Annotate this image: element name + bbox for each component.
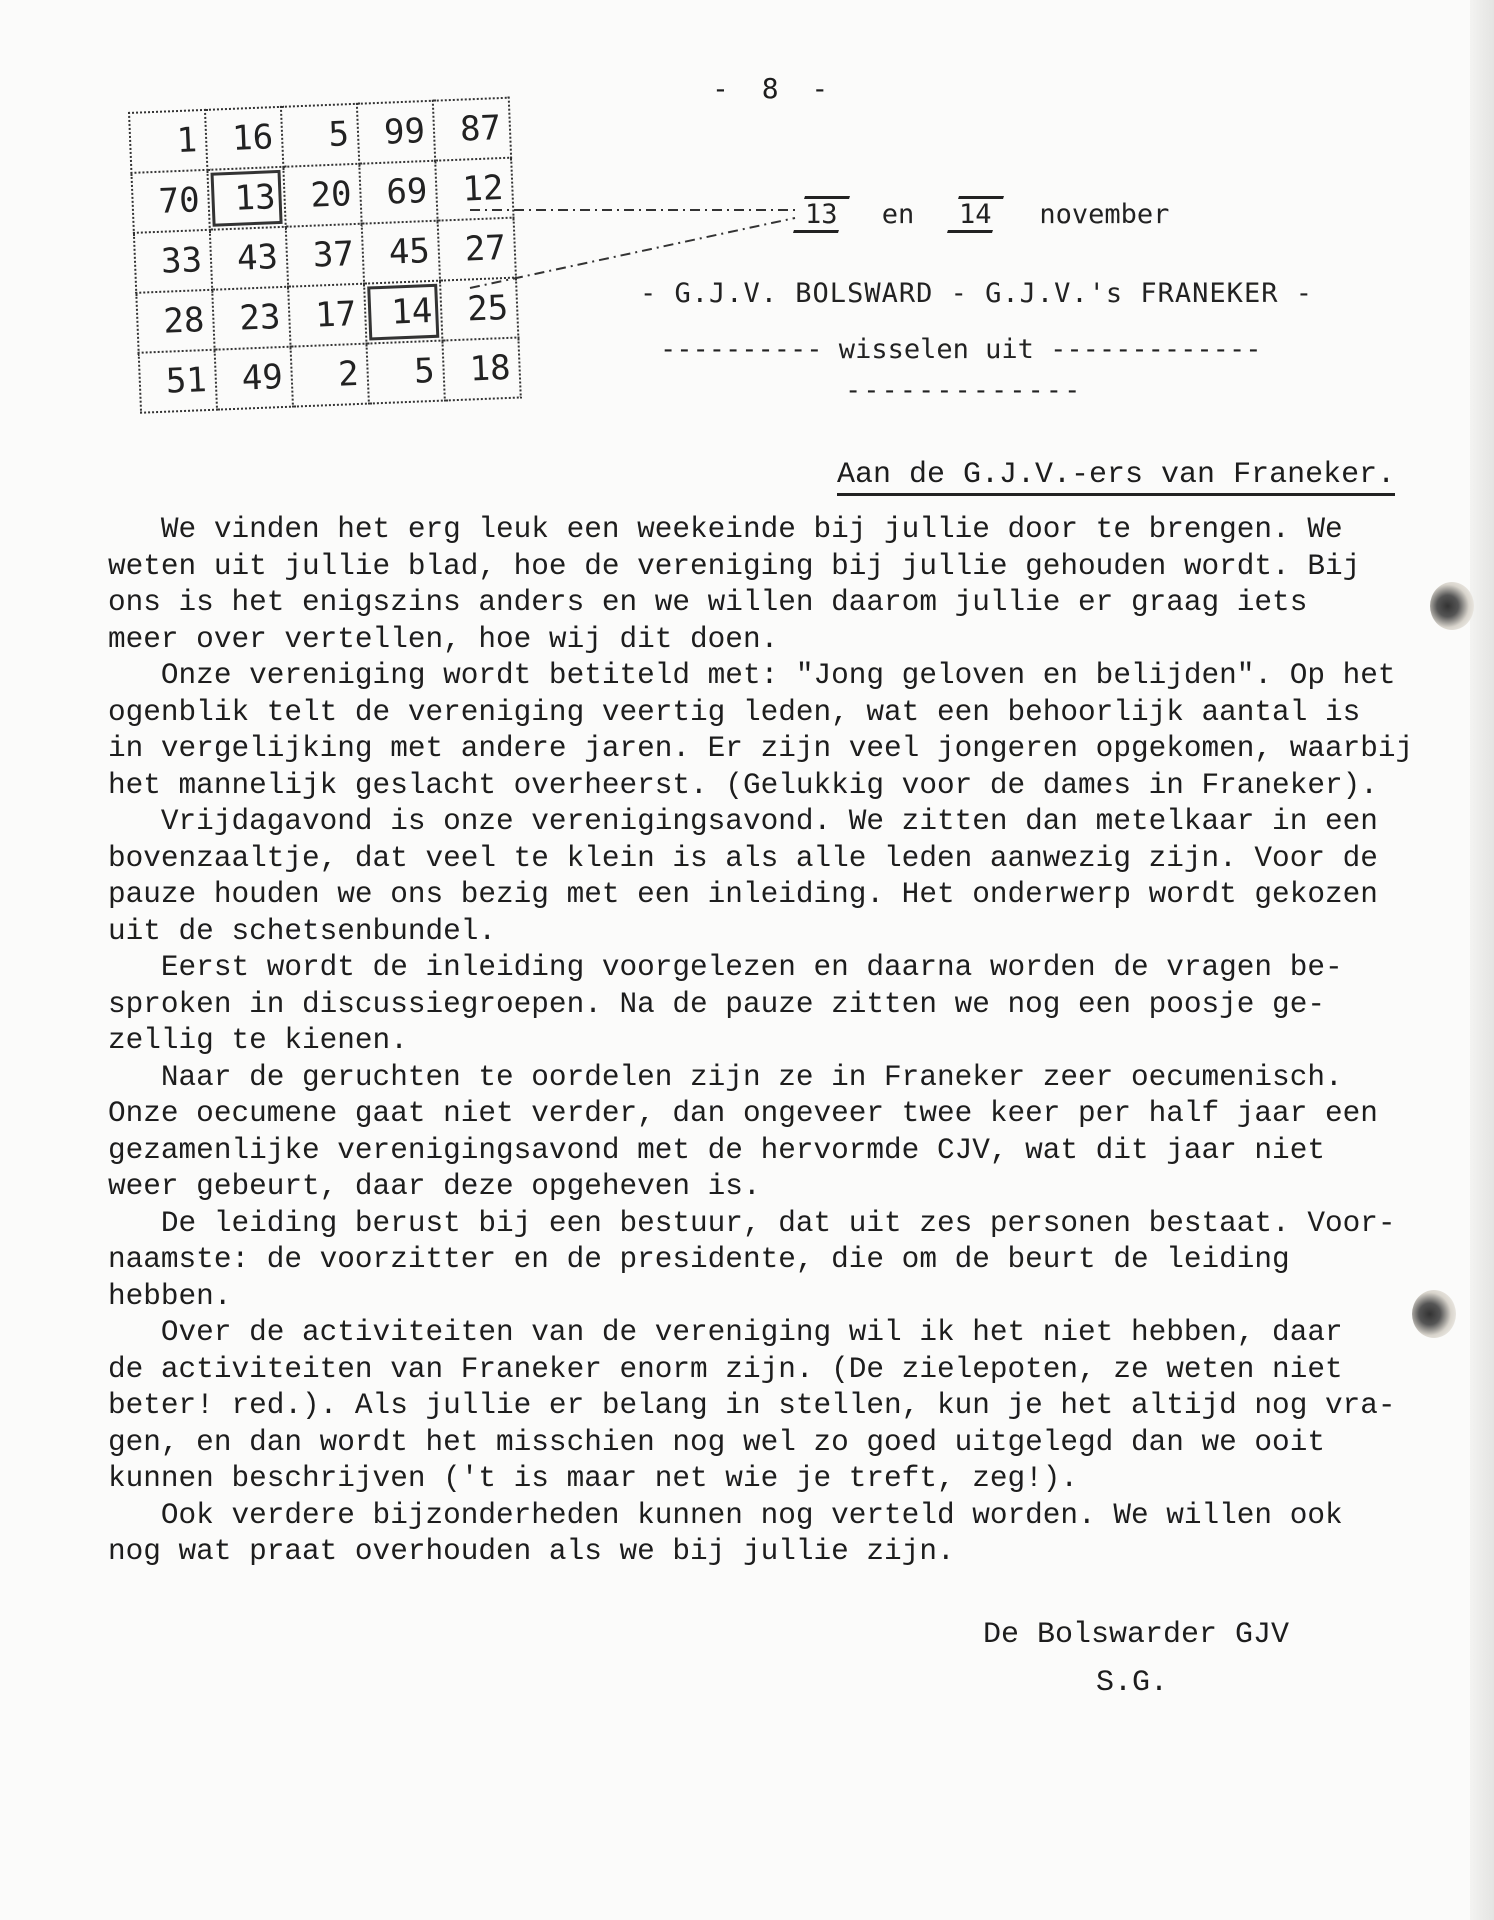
- body-line: De leiding berust bij een bestuur, dat u…: [108, 1206, 1468, 1243]
- bingo-cell: 14: [364, 281, 442, 344]
- bingo-cell: 5: [366, 341, 444, 404]
- bingo-cell: 5: [281, 104, 359, 167]
- body-line: Ook verdere bijzonderheden kunnen nog ve…: [108, 1498, 1468, 1535]
- body-line: gen, en dan wordt het misschien nog wel …: [108, 1425, 1468, 1462]
- body-line: naamste: de voorzitter en de presidente,…: [108, 1242, 1468, 1279]
- body-line: Eerst wordt de inleiding voorgelezen en …: [108, 950, 1468, 987]
- bingo-cell: 13: [207, 167, 285, 230]
- bingo-cell: 25: [440, 278, 518, 341]
- bingo-cell: 17: [288, 284, 366, 347]
- bingo-cell: 18: [442, 338, 520, 401]
- staple-hole-icon: [1430, 582, 1474, 630]
- event-date: 13 en 14 november: [795, 196, 1169, 233]
- body-line: beter! red.). Als jullie er belang in st…: [108, 1388, 1468, 1425]
- body-line: pauze houden we ons bezig met een inleid…: [108, 877, 1468, 914]
- bingo-cell: 28: [136, 290, 214, 353]
- date-joiner: en: [882, 199, 915, 230]
- bingo-cell: 43: [210, 227, 288, 290]
- body-line: Naar de geruchten te oordelen zijn ze in…: [108, 1060, 1468, 1097]
- body-line: ons is het enigszins anders en we willen…: [108, 585, 1468, 622]
- body-line: weten uit jullie blad, hoe de vereniging…: [108, 549, 1468, 586]
- bingo-cell: 99: [357, 101, 435, 164]
- body-line: weer gebeurt, daar deze opgeheven is.: [108, 1169, 1468, 1206]
- body-line: Vrijdagavond is onze verenigingsavond. W…: [108, 804, 1468, 841]
- date-box-2: 14: [947, 196, 1004, 233]
- date-box-1: 13: [793, 196, 850, 233]
- heading-underline: -------------: [845, 375, 1082, 406]
- body-line: kunnen beschrijven ('t is maar net wie j…: [108, 1461, 1468, 1498]
- body-line: nog wat praat overhouden als we bij jull…: [108, 1534, 1468, 1571]
- body-line: We vinden het erg leuk een weekeinde bij…: [108, 512, 1468, 549]
- body-line: bovenzaaltje, dat veel te klein is als a…: [108, 841, 1468, 878]
- bingo-cell: 69: [359, 161, 437, 224]
- bingo-cell: 70: [131, 170, 209, 233]
- bingo-cell: 51: [139, 350, 217, 413]
- body-line: hebben.: [108, 1279, 1468, 1316]
- bingo-cell: 16: [205, 107, 283, 170]
- body-line: Onze vereniging wordt betiteld met: "Jon…: [108, 658, 1468, 695]
- body-line: sproken in discussiegroepen. Na de pauze…: [108, 987, 1468, 1024]
- body-line: het mannelijk geslacht overheerst. (Gelu…: [108, 768, 1468, 805]
- exchange-heading: ---------- wisselen uit -------------: [660, 334, 1261, 365]
- bingo-cell: 12: [435, 158, 513, 221]
- letter-body: We vinden het erg leuk een weekeinde bij…: [108, 512, 1468, 1571]
- bingo-cell: 49: [215, 347, 293, 410]
- bingo-cell: 20: [283, 164, 361, 227]
- body-line: zellig te kienen.: [108, 1023, 1468, 1060]
- bingo-cell: 37: [286, 224, 364, 287]
- bingo-cell: 33: [134, 230, 212, 293]
- bingo-cell: 27: [438, 218, 516, 281]
- bingo-cell: 23: [212, 287, 290, 350]
- body-line: gezamenlijke verenigingsavond met de her…: [108, 1133, 1468, 1170]
- signature-org: De Bolswarder GJV: [983, 1618, 1289, 1652]
- bingo-cell: 87: [433, 98, 511, 161]
- body-line: uit de schetsenbundel.: [108, 914, 1468, 951]
- staple-hole-icon: [1412, 1290, 1456, 1338]
- date-month: november: [1039, 199, 1169, 230]
- bingo-cell: 2: [291, 344, 369, 407]
- clubs-heading: - G.J.V. BOLSWARD - G.J.V.'s FRANEKER -: [640, 278, 1313, 309]
- signature-initials: S.G.: [1096, 1666, 1168, 1700]
- body-line: in vergelijking met andere jaren. Er zij…: [108, 731, 1468, 768]
- addressee: Aan de G.J.V.-ers van Franeker.: [837, 458, 1395, 496]
- bingo-card: 1165998770132069123343374527282317142551…: [128, 97, 522, 414]
- body-line: meer over vertellen, hoe wij dit doen.: [108, 622, 1468, 659]
- body-line: de activiteiten van Franeker enorm zijn.…: [108, 1352, 1468, 1389]
- body-line: Over de activiteiten van de vereniging w…: [108, 1315, 1468, 1352]
- bingo-cell: 45: [362, 221, 440, 284]
- body-line: Onze oecumene gaat niet verder, dan onge…: [108, 1096, 1468, 1133]
- bingo-cell: 1: [129, 110, 207, 173]
- body-line: ogenblik telt de vereniging veertig lede…: [108, 695, 1468, 732]
